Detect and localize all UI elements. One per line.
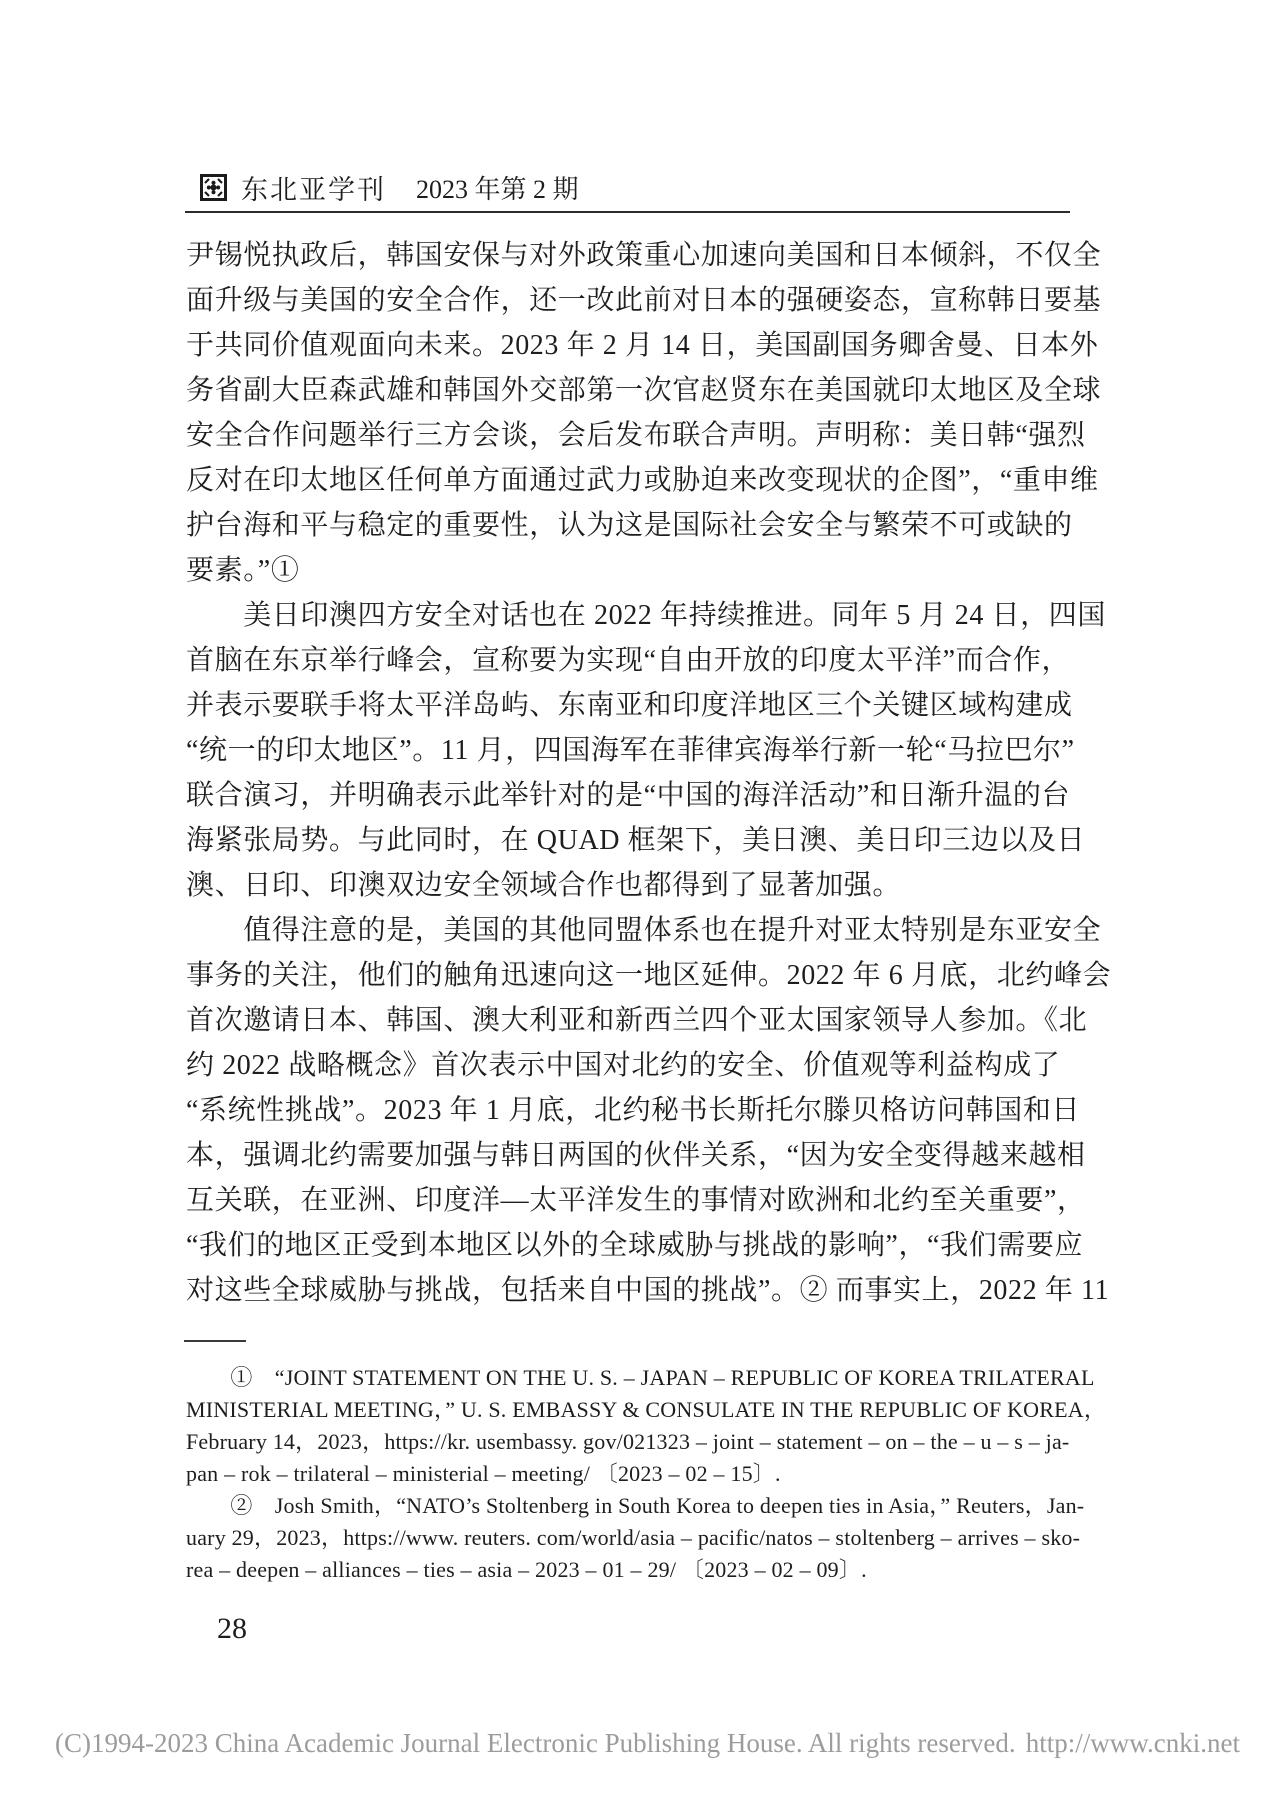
body-text-line: 值得注意的是，美国的其他同盟体系也在提升对亚太特别是东亚安全 <box>186 908 1086 953</box>
journal-lattice-logo-icon <box>200 174 227 201</box>
footnote-line: February 14，2023，https://kr. usembassy. … <box>186 1426 1086 1458</box>
footnote-line: uary 29，2023，https://www. reuters. com/w… <box>186 1522 1086 1554</box>
body-text-line: 约 2022 战略概念》首次表示中国对北约的安全、价值观等利益构成了 <box>186 1043 1086 1088</box>
body-text-line: 美日印澳四方安全对话也在 2022 年持续推进。同年 5 月 24 日，四国 <box>186 593 1086 638</box>
body-text-line: 首脑在东京举行峰会，宣称要为实现“自由开放的印度太平洋”而合作， <box>186 638 1086 683</box>
journal-title: 东北亚学刊 <box>241 168 386 207</box>
body-text-line: “统一的印太地区”。11 月，四国海军在菲律宾海举行新一轮“马拉巴尔” <box>186 728 1086 773</box>
body-text-line: 海紧张局势。与此同时，在 QUAD 框架下，美日澳、美日印三边以及日 <box>186 818 1086 863</box>
body-text-line: 事务的关注，他们的触角迅速向这一地区延伸。2022 年 6 月底，北约峰会 <box>186 953 1086 998</box>
body-text-line: 本，强调北约需要加强与韩日两国的伙伴关系，“因为安全变得越来越相 <box>186 1133 1086 1178</box>
cnki-footer: (C)1994-2023 China Academic Journal Elec… <box>55 1728 1240 1759</box>
journal-header: 东北亚学刊 2023 年第 2 期 <box>200 168 579 207</box>
footnote-line: ② Josh Smith，“NATO’s Stoltenberg in Sout… <box>186 1490 1086 1522</box>
journal-issue: 2023 年第 2 期 <box>416 169 579 206</box>
body-text-line: 澳、日印、印澳双边安全领域合作也都得到了显著加强。 <box>186 863 1086 908</box>
body-text-line: “我们的地区正受到本地区以外的全球威胁与挑战的影响”，“我们需要应 <box>186 1223 1086 1268</box>
footnote-line: ① “JOINT STATEMENT ON THE U. S. – JAPAN … <box>186 1362 1086 1394</box>
article-body: 尹锡悦执政后，韩国安保与对外政策重心加速向美国和日本倾斜，不仅全面升级与美国的安… <box>186 233 1086 1313</box>
body-text-line: “系统性挑战”。2023 年 1 月底，北约秘书长斯托尔滕贝格访问韩国和日 <box>186 1088 1086 1133</box>
body-text-line: 首次邀请日本、韩国、澳大利亚和新西兰四个亚太国家领导人参加。《北 <box>186 998 1086 1043</box>
footer-url: http://www.cnki.net <box>1026 1728 1240 1759</box>
body-text-line: 尹锡悦执政后，韩国安保与对外政策重心加速向美国和日本倾斜，不仅全 <box>186 233 1086 278</box>
body-text-line: 于共同价值观面向未来。2023 年 2 月 14 日，美国副国务卿舍曼、日本外 <box>186 323 1086 368</box>
footnote-separator-rule <box>184 1340 246 1342</box>
header-rule <box>185 211 1070 213</box>
body-text-line: 务省副大臣森武雄和韩国外交部第一次官赵贤东在美国就印太地区及全球 <box>186 368 1086 413</box>
body-text-line: 护台海和平与稳定的重要性，认为这是国际社会安全与繁荣不可或缺的 <box>186 503 1086 548</box>
body-text-line: 面升级与美国的安全合作，还一改此前对日本的强硬姿态，宣称韩日要基 <box>186 278 1086 323</box>
body-text-line: 对这些全球威胁与挑战，包括来自中国的挑战”。② 而事实上，2022 年 11 <box>186 1268 1086 1313</box>
body-text-line: 联合演习，并明确表示此举针对的是“中国的海洋活动”和日渐升温的台 <box>186 773 1086 818</box>
body-text-line: 并表示要联手将太平洋岛屿、东南亚和印度洋地区三个关键区域构建成 <box>186 683 1086 728</box>
body-text-line: 反对在印太地区任何单方面通过武力或胁迫来改变现状的企图”，“重申维 <box>186 458 1086 503</box>
body-text-line: 安全合作问题举行三方会谈，会后发布联合声明。声明称：美日韩“强烈 <box>186 413 1086 458</box>
footnotes-block: ① “JOINT STATEMENT ON THE U. S. – JAPAN … <box>186 1362 1086 1586</box>
footnote-line: pan – rok – trilateral – ministerial – m… <box>186 1458 1086 1490</box>
journal-page-scan: 东北亚学刊 2023 年第 2 期 尹锡悦执政后，韩国安保与对外政策重心加速向美… <box>0 0 1279 1797</box>
footnote-line: rea – deepen – alliances – ties – asia –… <box>186 1554 1086 1586</box>
page-number: 28 <box>217 1612 247 1646</box>
footnote-line: MINISTERIAL MEETING，” U. S. EMBASSY & CO… <box>186 1394 1086 1426</box>
body-text-line: 互关联，在亚洲、印度洋—太平洋发生的事情对欧洲和北约至关重要”， <box>186 1178 1086 1223</box>
copyright-text: (C)1994-2023 China Academic Journal Elec… <box>55 1728 1016 1759</box>
body-text-line: 要素。”① <box>186 548 1086 593</box>
